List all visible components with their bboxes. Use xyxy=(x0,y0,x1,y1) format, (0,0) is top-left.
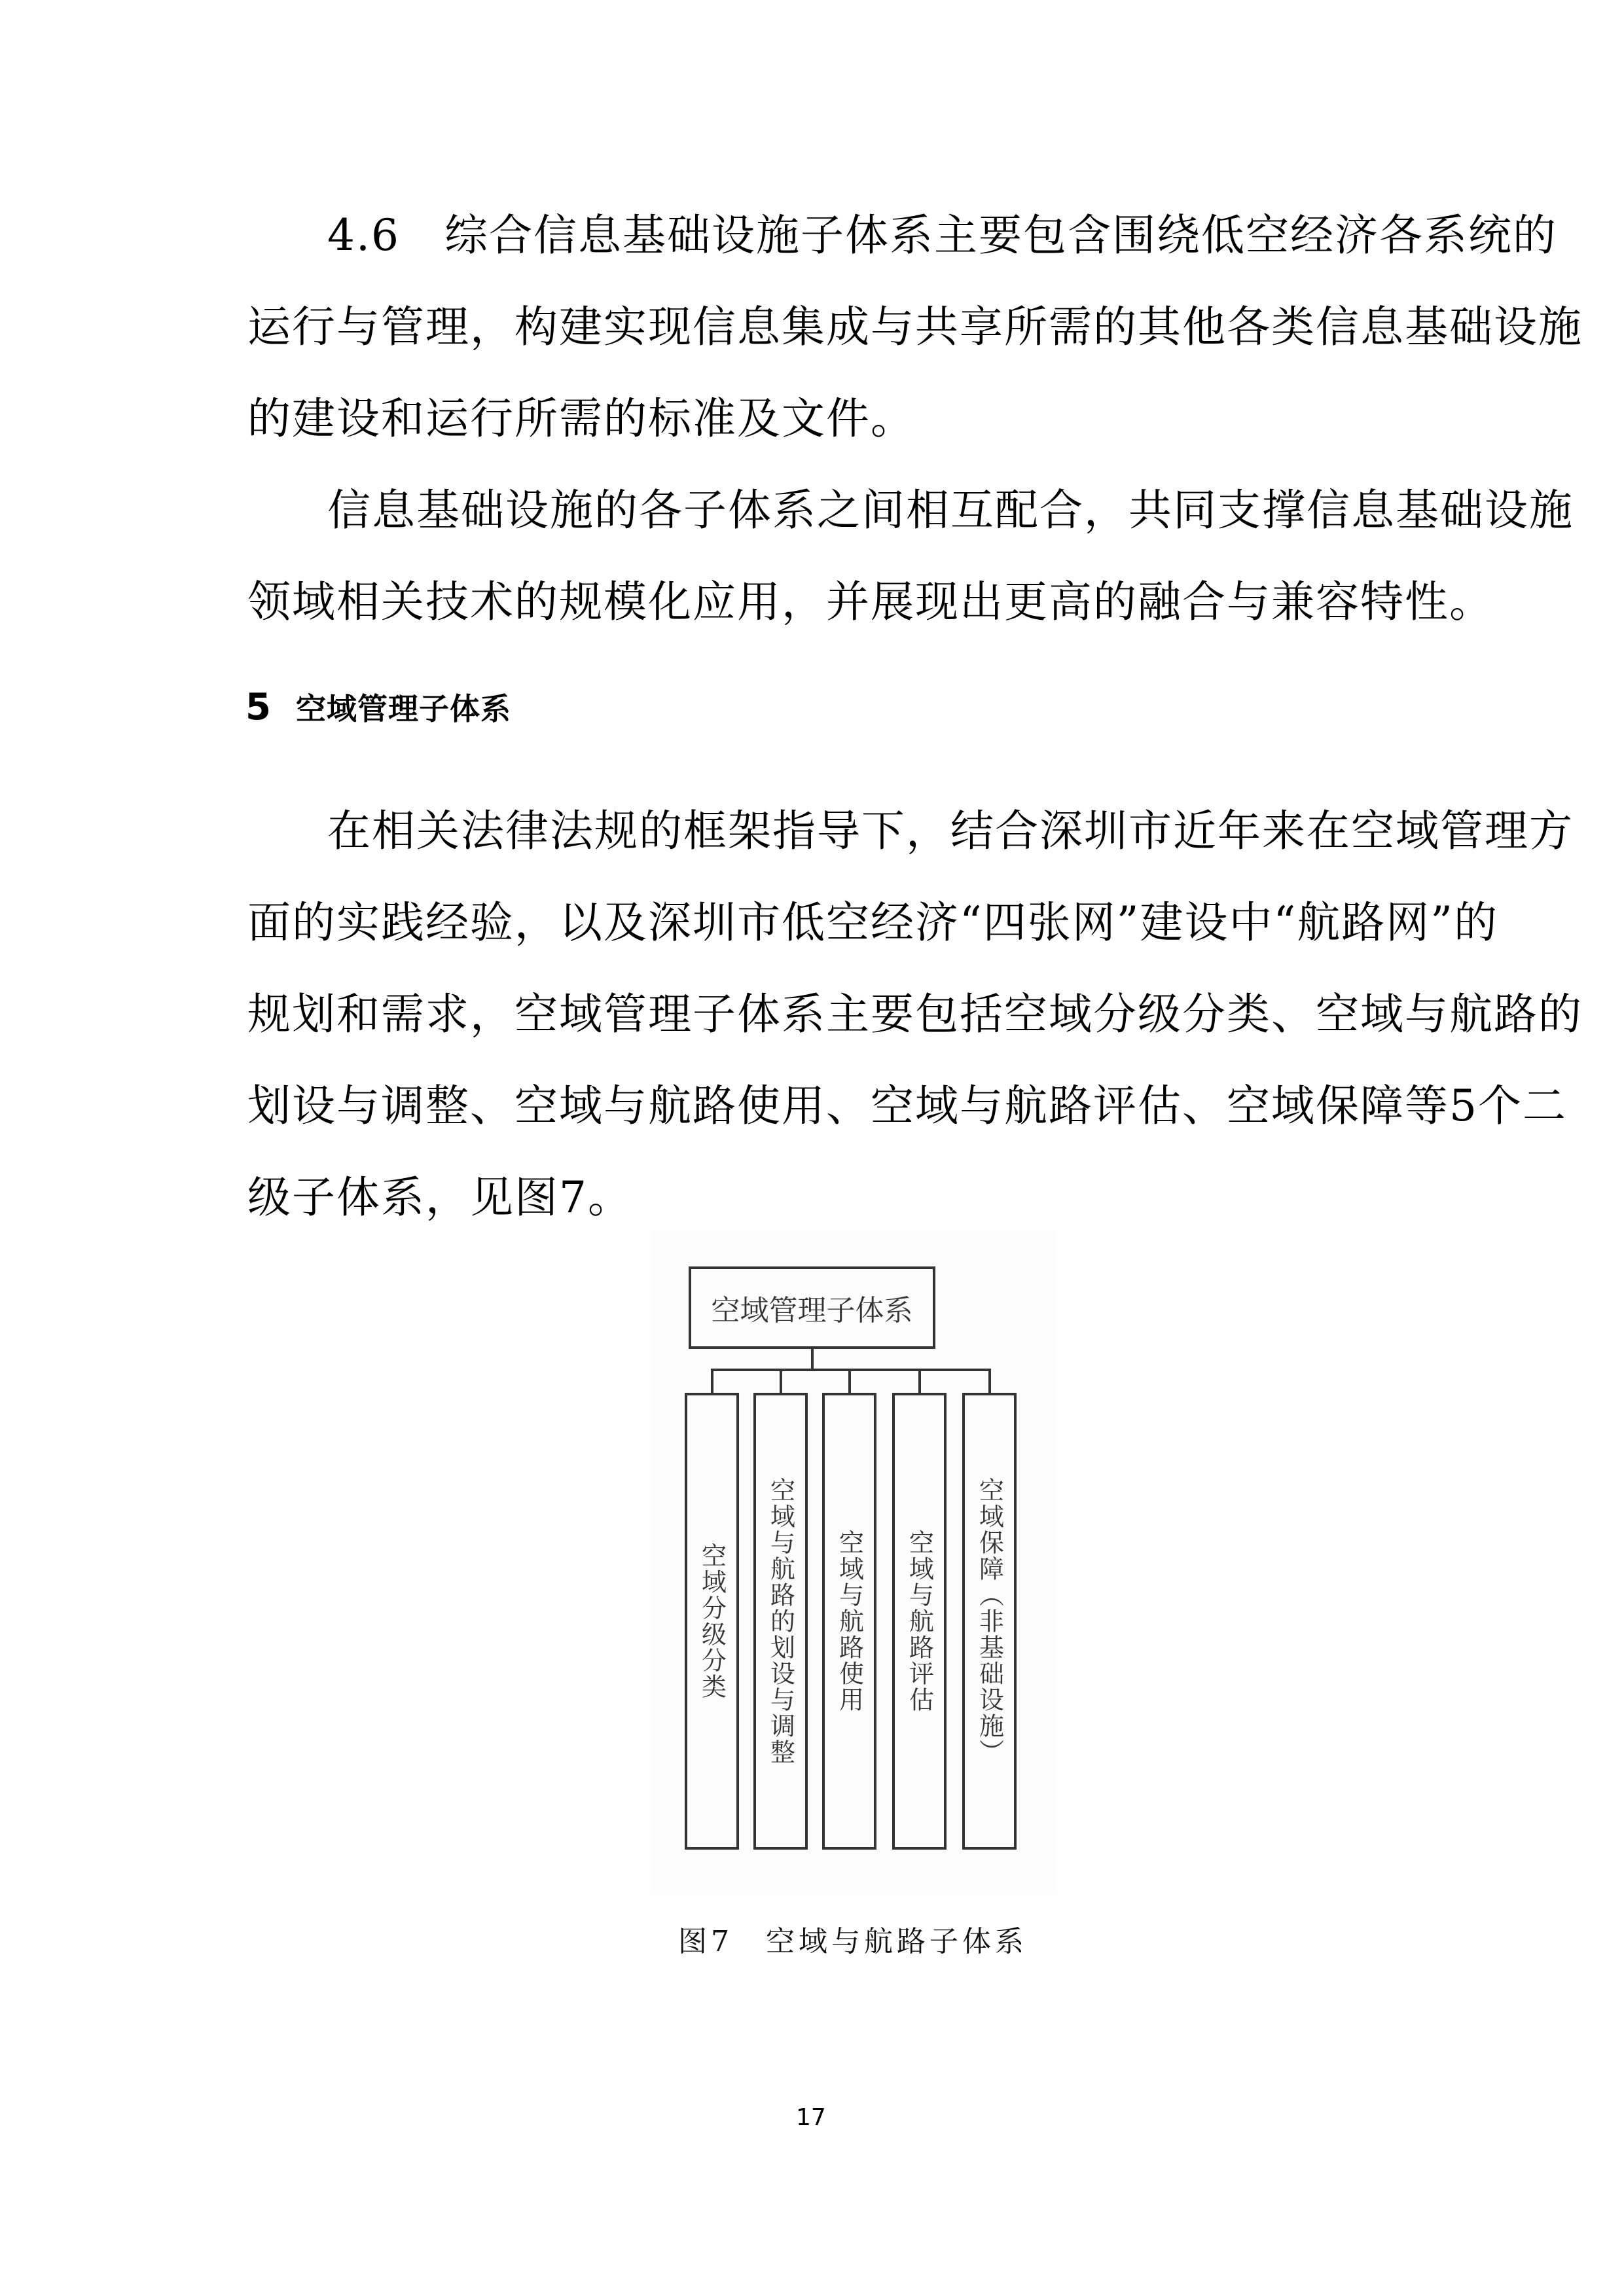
diagram-child-node-2: 空域与航路的划设与调整 xyxy=(753,1393,808,1850)
paragraph-3-line-2: 面的实践经验，以及深圳市低空经济“四张网”建设中“航路网”的 xyxy=(247,897,1377,949)
section-number: 5 xyxy=(245,686,296,728)
paragraph-3-line-3: 规划和需求，空域管理子体系主要包括空域分级分类、空域与航路的 xyxy=(247,988,1377,1041)
section-4-6-line-3: 的建设和运行所需的标准及文件。 xyxy=(247,393,1377,445)
section-4-6-line-1: 4.6 综合信息基础设施子体系主要包含围绕低空经济各系统的 xyxy=(327,209,1377,262)
diagram-child-node-1: 空域分级分类 xyxy=(685,1393,739,1850)
child-label-3: 空域与航路使用 xyxy=(837,1530,862,1713)
diagram-child-node-4: 空域与航路评估 xyxy=(892,1393,947,1850)
child-label-1: 空域分级分类 xyxy=(700,1543,725,1700)
section-title: 空域管理子体系 xyxy=(296,685,511,728)
page-number: 17 xyxy=(796,2104,826,2131)
paragraph-2-line-1: 信息基础设施的各子体系之间相互配合，共同支撑信息基础设施 xyxy=(327,484,1377,537)
connector-child-2 xyxy=(780,1369,782,1393)
paragraph-3-line-1: 在相关法律法规的框架指导下，结合深圳市近年来在空域管理方 xyxy=(327,805,1377,857)
diagram-child-node-3: 空域与航路使用 xyxy=(822,1393,876,1850)
paragraph-2-line-2: 领域相关技术的规模化应用，并展现出更高的融合与兼容特性。 xyxy=(247,576,1377,628)
diagram-root-label: 空域管理子体系 xyxy=(712,1287,913,1329)
connector-child-5 xyxy=(988,1369,991,1393)
section-heading: 5 空域管理子体系 xyxy=(245,681,511,733)
diagram-root-node: 空域管理子体系 xyxy=(689,1266,935,1349)
connector-child-1 xyxy=(711,1369,713,1393)
connector-child-3 xyxy=(848,1369,851,1393)
connector-horizontal-bar xyxy=(711,1369,991,1371)
child-label-5: 空域保障（非基础设施） xyxy=(977,1477,1002,1765)
child-label-4: 空域与航路评估 xyxy=(907,1530,932,1713)
connector-root-stem xyxy=(811,1348,814,1371)
diagram-child-node-5: 空域保障（非基础设施） xyxy=(962,1393,1017,1850)
connector-child-4 xyxy=(918,1369,921,1393)
section-4-6-line-2: 运行与管理，构建实现信息集成与共享所需的其他各类信息基础设施 xyxy=(247,301,1377,353)
paragraph-3-line-5: 级子体系，见图7。 xyxy=(247,1172,1377,1224)
child-label-2: 空域与航路的划设与调整 xyxy=(768,1477,793,1765)
paragraph-3-line-4: 划设与调整、空域与航路使用、空域与航路评估、空域保障等5个二 xyxy=(247,1080,1377,1132)
figure-caption: 图7 空域与航路子体系 xyxy=(678,1918,1028,1960)
